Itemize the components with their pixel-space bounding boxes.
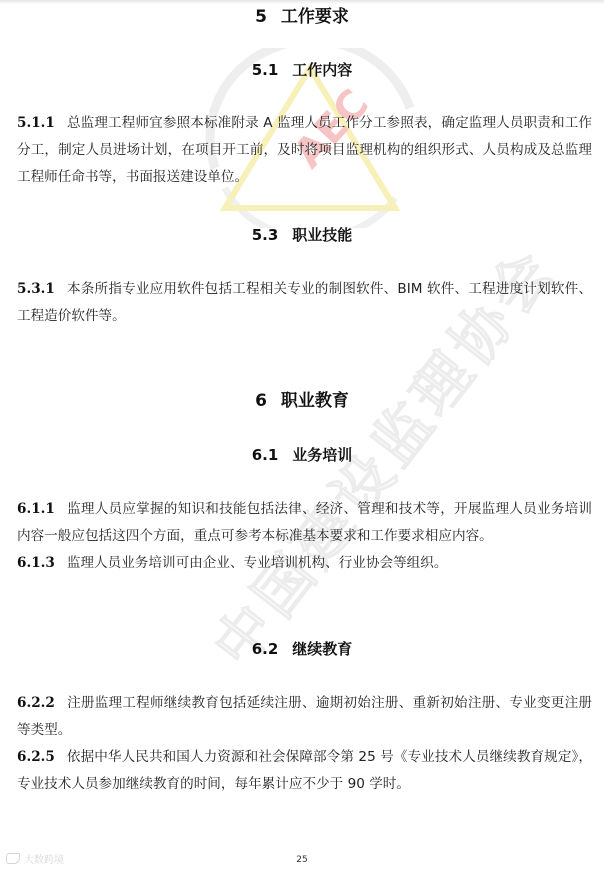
- chapter-title: 职业教育: [281, 391, 349, 411]
- section-title: 继续教育: [292, 640, 352, 658]
- section-title: 职业技能: [292, 226, 352, 244]
- clause-text: 依据中华人民共和国人力资源和社会保障部令第 25 号《专业技术人员继续教育规定》…: [17, 749, 592, 792]
- chapter-title: 工作要求: [281, 7, 349, 27]
- clause-6-2-2: 6.2.2注册监理工程师继续教育包括延续注册、逾期初始注册、重新初始注册、专业变…: [17, 690, 592, 744]
- chapter-heading-5: 5工作要求: [0, 2, 604, 27]
- clause-number: 6.2.5: [17, 749, 55, 765]
- chapter-heading-6: 6职业教育: [0, 386, 604, 411]
- clause-6-2-5: 6.2.5依据中华人民共和国人力资源和社会保障部令第 25 号《专业技术人员继续…: [17, 744, 592, 798]
- section-heading-6-2: 6.2继续教育: [0, 638, 604, 659]
- section-heading-5-1: 5.1工作内容: [0, 59, 604, 80]
- clause-text: 监理人员业务培训可由企业、专业培训机构、行业协会等组织。: [67, 555, 448, 571]
- clause-text: 总监理工程师宜参照本标准附录 A 监理人员工作分工参照表，确定监理人员职责和工作…: [17, 115, 592, 185]
- chapter-number: 5: [255, 7, 267, 27]
- section-number: 5.1: [252, 61, 279, 79]
- clause-number: 6.2.2: [17, 695, 55, 711]
- clause-number: 6.1.1: [17, 501, 55, 517]
- clause-text: 本条所指专业应用软件包括工程相关专业的制图软件、BIM 软件、工程进度计划软件、…: [17, 281, 592, 324]
- clause-5-1-1: 5.1.1总监理工程师宜参照本标准附录 A 监理人员工作分工参照表，确定监理人员…: [17, 110, 592, 191]
- section-number: 5.3: [252, 226, 279, 244]
- section-title: 工作内容: [292, 61, 352, 79]
- section-number: 6.2: [252, 640, 279, 658]
- clause-text: 注册监理工程师继续教育包括延续注册、逾期初始注册、重新初始注册、专业变更注册等类…: [17, 695, 592, 738]
- chapter-number: 6: [255, 391, 267, 411]
- clause-number: 6.1.3: [17, 555, 55, 571]
- page-number: 25: [0, 855, 604, 865]
- section-heading-6-1: 6.1业务培训: [0, 444, 604, 465]
- clause-number: 5.1.1: [17, 115, 55, 131]
- section-title: 业务培训: [292, 446, 352, 464]
- clause-text: 监理人员应掌握的知识和技能包括法律、经济、管理和技术等，开展监理人员业务培训内容…: [17, 501, 592, 544]
- clause-6-1-3: 6.1.3监理人员业务培训可由企业、专业培训机构、行业协会等组织。: [17, 550, 592, 577]
- clause-5-3-1: 5.3.1本条所指专业应用软件包括工程相关专业的制图软件、BIM 软件、工程进度…: [17, 276, 592, 330]
- section-number: 6.1: [252, 446, 279, 464]
- clause-6-1-1: 6.1.1监理人员应掌握的知识和技能包括法律、经济、管理和技术等，开展监理人员业…: [17, 496, 592, 550]
- clause-number: 5.3.1: [17, 281, 55, 297]
- section-heading-5-3: 5.3职业技能: [0, 224, 604, 245]
